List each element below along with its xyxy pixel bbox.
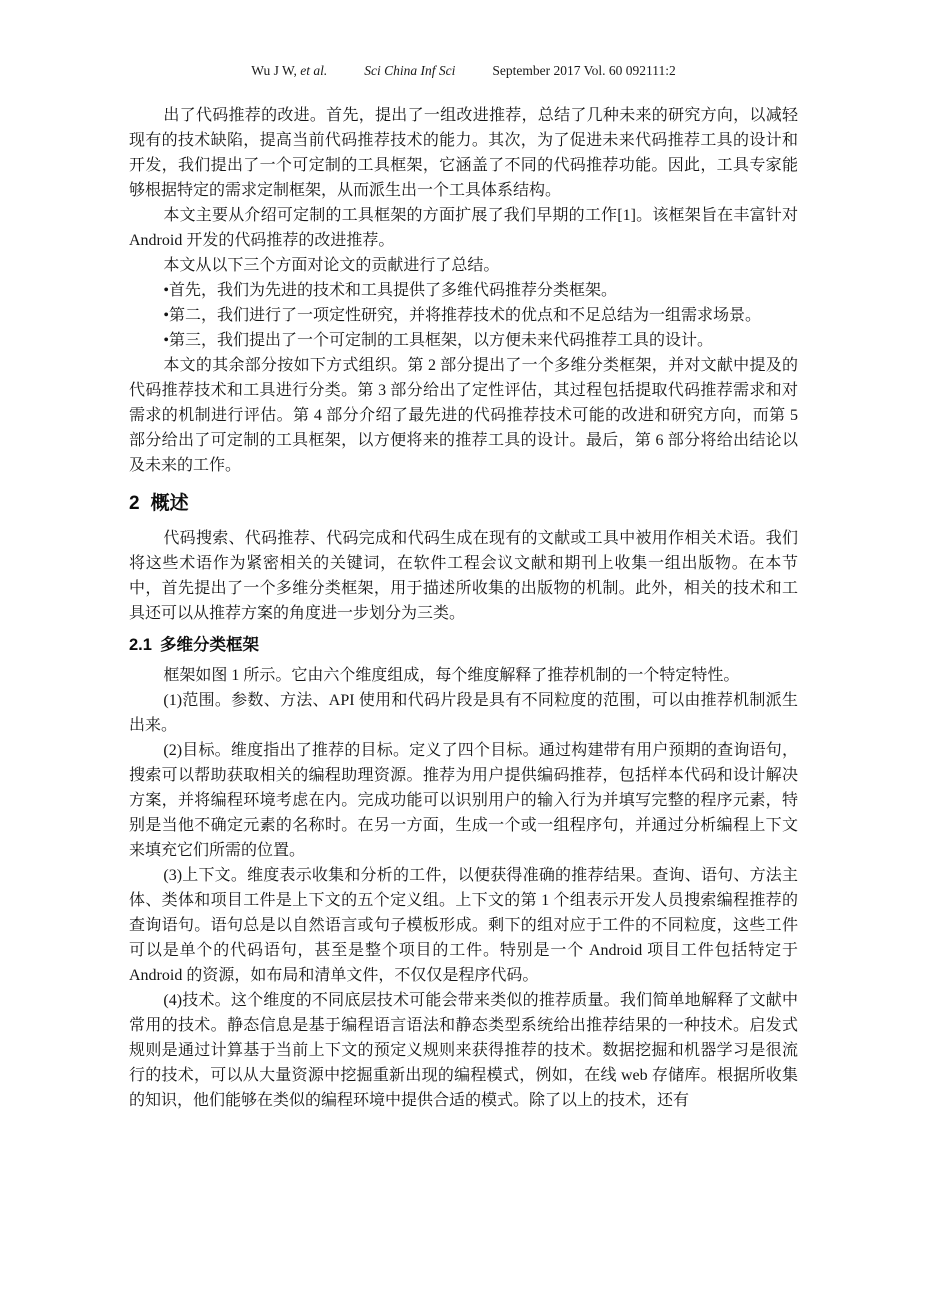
paragraph-dimension-scope: (1)范围。参数、方法、API 使用和代码片段是具有不同粒度的范围，可以由推荐机…	[129, 688, 798, 738]
subsection-number: 2.1	[129, 636, 152, 654]
section-number: 2	[129, 493, 140, 514]
paragraph-framework-intro: 框架如图 1 所示。它由六个维度组成，每个维度解释了推荐机制的一个特定特性。	[129, 663, 798, 688]
contribution-bullet-1: •首先，我们为先进的技术和工具提供了多维代码推荐分类框架。	[129, 278, 798, 303]
paper-page: Wu J W, et al. Sci China Inf Sci Septemb…	[0, 0, 926, 1309]
header-journal-title: Sci China Inf Sci	[364, 63, 455, 79]
subsection-title: 多维分类框架	[160, 636, 259, 654]
header-issue-info: September 2017 Vol. 60 092111:2	[492, 63, 675, 79]
paragraph-dimension-target: (2)目标。维度指出了推荐的目标。定义了四个目标。通过构建带有用户预期的查询语句…	[129, 738, 798, 863]
header-authors-name: Wu J W,	[251, 63, 297, 78]
article-body: 出了代码推荐的改进。首先，提出了一组改进推荐，总结了几种未来的研究方向，以减轻现…	[129, 103, 798, 1113]
paragraph-extension: 本文主要从介绍可定制的工具框架的方面扩展了我们早期的工作[1]。该框架旨在丰富针…	[129, 203, 798, 253]
paragraph-dimension-technique: (4)技术。这个维度的不同底层技术可能会带来类似的推荐质量。我们简单地解释了文献…	[129, 988, 798, 1113]
paragraph-organization: 本文的其余部分按如下方式组织。第 2 部分提出了一个多维分类框架，并对文献中提及…	[129, 353, 798, 478]
bullet-text: 第三，我们提出了一个可定制的工具框架，以方便未来代码推荐工具的设计。	[169, 332, 713, 349]
section-2-heading: 2概述	[129, 491, 798, 516]
bullet-text: 首先，我们为先进的技术和工具提供了多维代码推荐分类框架。	[169, 282, 617, 299]
bullet-text: 第二，我们进行了一项定性研究，并将推荐技术的优点和不足总结为一组需求场景。	[169, 307, 761, 324]
header-authors-etal: et al.	[300, 63, 327, 78]
paragraph-dimension-context: (3)上下文。维度表示收集和分析的工件，以便获得准确的推荐结果。查询、语句、方法…	[129, 863, 798, 988]
contribution-bullet-3: •第三，我们提出了一个可定制的工具框架，以方便未来代码推荐工具的设计。	[129, 328, 798, 353]
paragraph-continuation: 出了代码推荐的改进。首先，提出了一组改进推荐，总结了几种未来的研究方向，以减轻现…	[129, 103, 798, 203]
section-title: 概述	[151, 493, 189, 514]
paragraph-overview: 代码搜索、代码推荐、代码完成和代码生成在现有的文献或工具中被用作相关术语。我们将…	[129, 526, 798, 626]
section-2-1-heading: 2.1多维分类框架	[129, 633, 798, 658]
paragraph-contributions-intro: 本文从以下三个方面对论文的贡献进行了总结。	[129, 253, 798, 278]
header-authors: Wu J W, et al.	[251, 63, 327, 79]
contribution-bullet-2: •第二，我们进行了一项定性研究，并将推荐技术的优点和不足总结为一组需求场景。	[129, 303, 798, 328]
running-header: Wu J W, et al. Sci China Inf Sci Septemb…	[129, 63, 798, 79]
